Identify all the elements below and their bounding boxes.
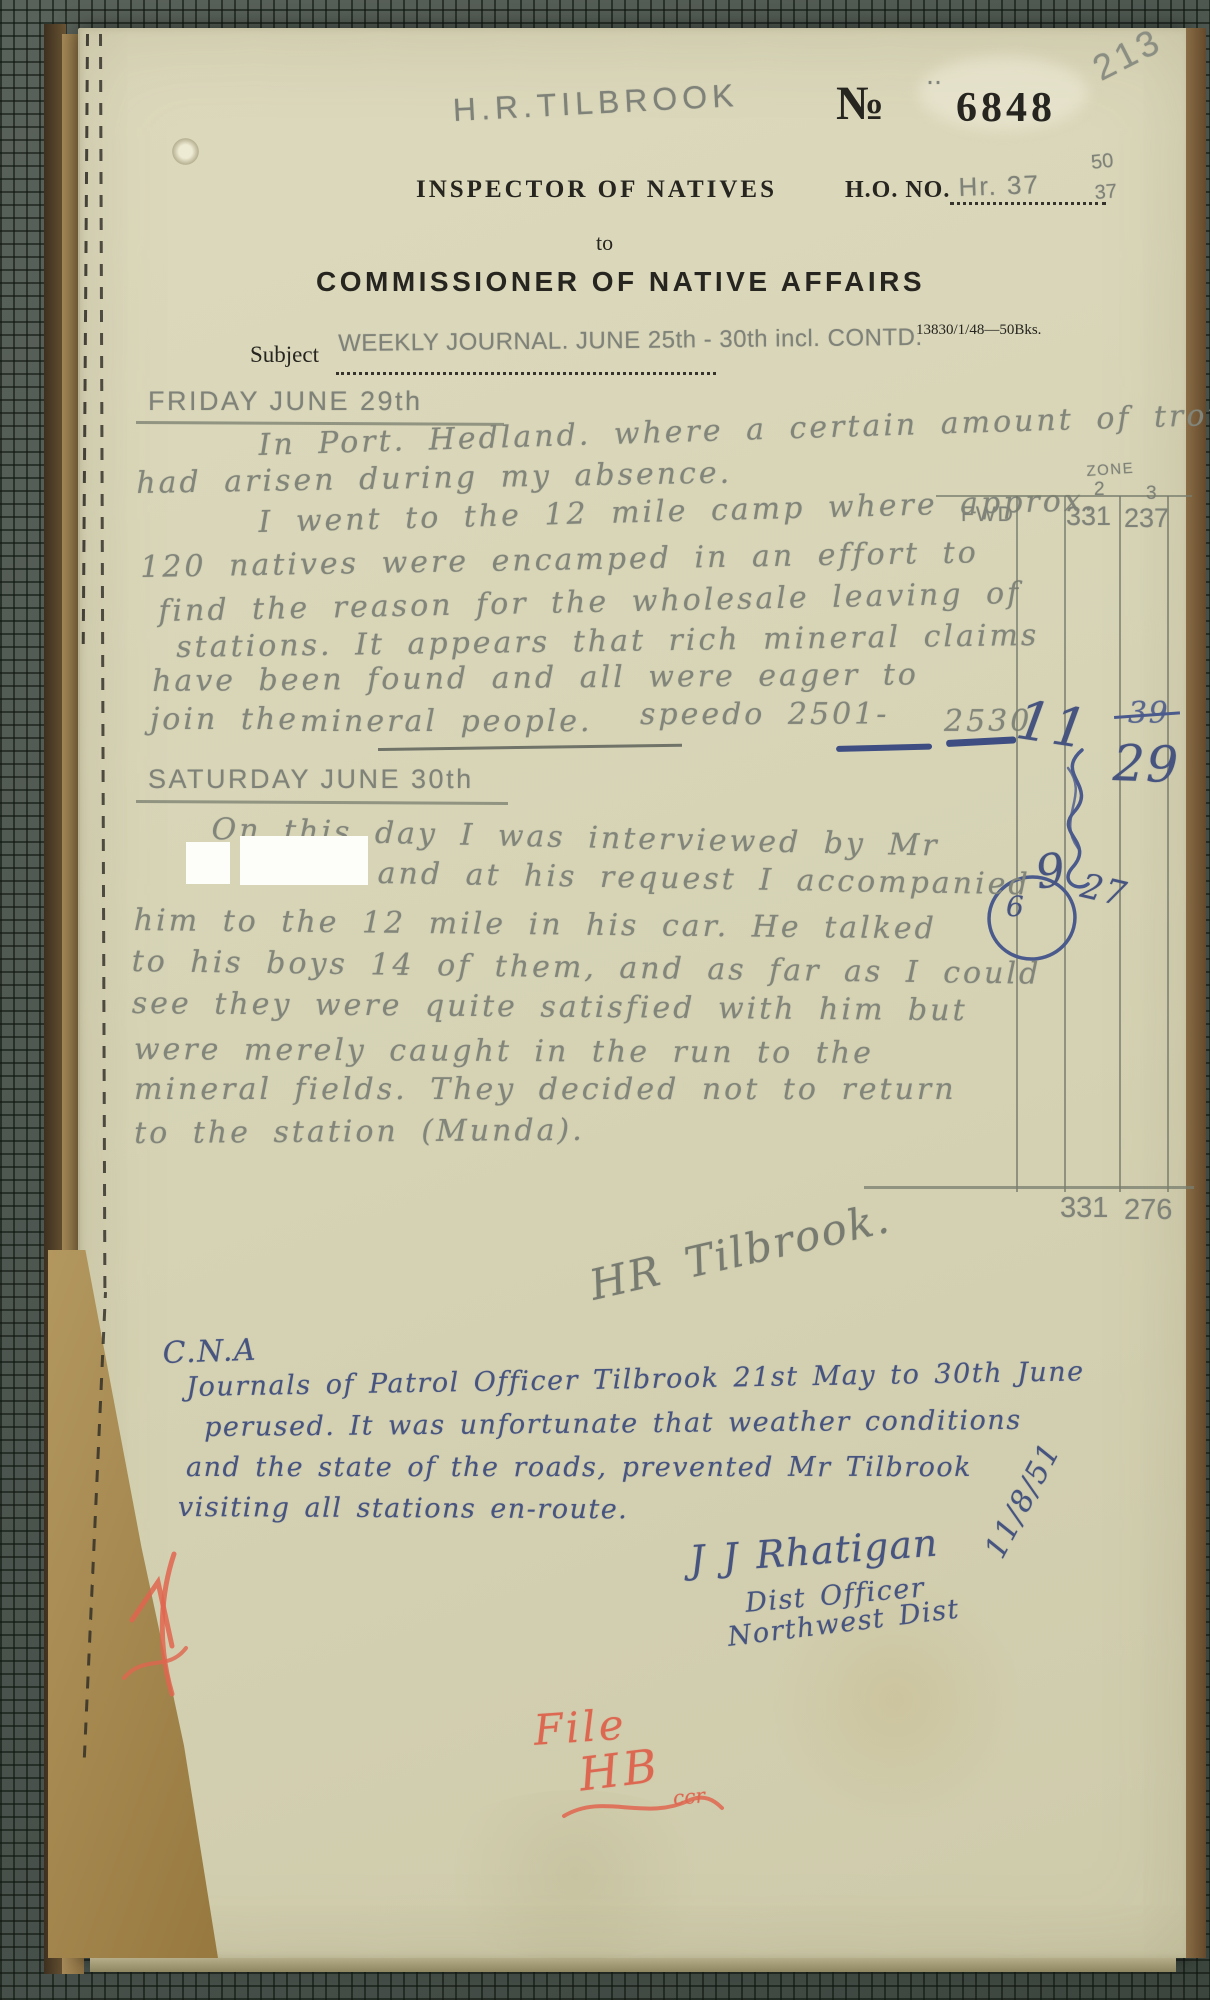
red-check-scribble [112, 1548, 232, 1703]
fwd-zone2-value: 331 [1066, 501, 1111, 532]
journal-line-underlined-phrase: mineral people. [300, 704, 593, 739]
cardboard-right-edge [1186, 28, 1206, 1958]
table-vertical-line-4 [1167, 496, 1169, 1192]
journal-line: mineral fields. They decided not to retu… [134, 1072, 957, 1107]
total-zone2-value: 331 [1060, 1192, 1108, 1225]
total-zone3-value: 276 [1124, 1194, 1172, 1227]
cna-addressee: C.N.A [162, 1333, 258, 1371]
fwd-label: FWD [961, 503, 1015, 527]
form-to-word: to [596, 230, 613, 256]
subject-label: Subject [250, 342, 319, 368]
form-number-label: № [836, 76, 884, 131]
paper-hole-blemish [172, 138, 199, 165]
ho-number-pencil-lower: 37 [1094, 180, 1118, 204]
journal-line: join the [150, 702, 299, 737]
journal-line: see they were quite satisfied with him b… [132, 986, 968, 1028]
sender-title: INSPECTOR OF NATIVES [416, 176, 777, 204]
table-vertical-line-1 [1016, 496, 1018, 1192]
journal-line: were merely caught in the run to the [134, 1032, 874, 1071]
pencil-dashes: ‥ [926, 62, 942, 91]
friday-heading: FRIDAY JUNE 29th [148, 386, 423, 417]
fwd-zone3-value: 237 [1124, 503, 1169, 534]
zone-col-3: 3 [1146, 483, 1157, 505]
form-print-code: 13830/1/48—50Bks. [916, 322, 1041, 339]
ho-number-pencil-upper: 50 [1090, 150, 1115, 175]
redaction-box-large [240, 836, 368, 885]
saturday-heading: SATURDAY JUNE 30th [148, 764, 474, 795]
journal-line: to the station (Munda). [134, 1113, 585, 1151]
ho-number-pencil: Hr. 37 [958, 169, 1040, 203]
cna-note-line: visiting all stations en-route. [178, 1492, 629, 1525]
table-total-rule [864, 1186, 1194, 1189]
redaction-box-small [186, 842, 230, 884]
red-small-note: ccr [672, 1783, 706, 1810]
pages-bottom-edge [90, 1958, 1176, 1972]
ho-number-label: H.O. NO. [845, 177, 950, 204]
blue-revised-29: 29 [1112, 734, 1181, 794]
zone-header: ZONE [1086, 460, 1135, 480]
journal-line-speedo: speedo 2501- [640, 697, 889, 732]
journal-line: have been found and all were eager to [152, 657, 919, 699]
archive-scan-scene: 213 H.R.TILBROOK № ‥ 6848 INSPECTOR OF N… [0, 0, 1210, 2000]
form-number-value: 6848 [956, 84, 1056, 132]
table-vertical-line-3 [1119, 496, 1121, 1192]
cna-note-line: and the state of the roads, prevented Mr… [186, 1452, 972, 1483]
recipient-title: COMMISSIONER OF NATIVE AFFAIRS [316, 266, 925, 298]
zone-col-2: 2 [1094, 479, 1105, 501]
